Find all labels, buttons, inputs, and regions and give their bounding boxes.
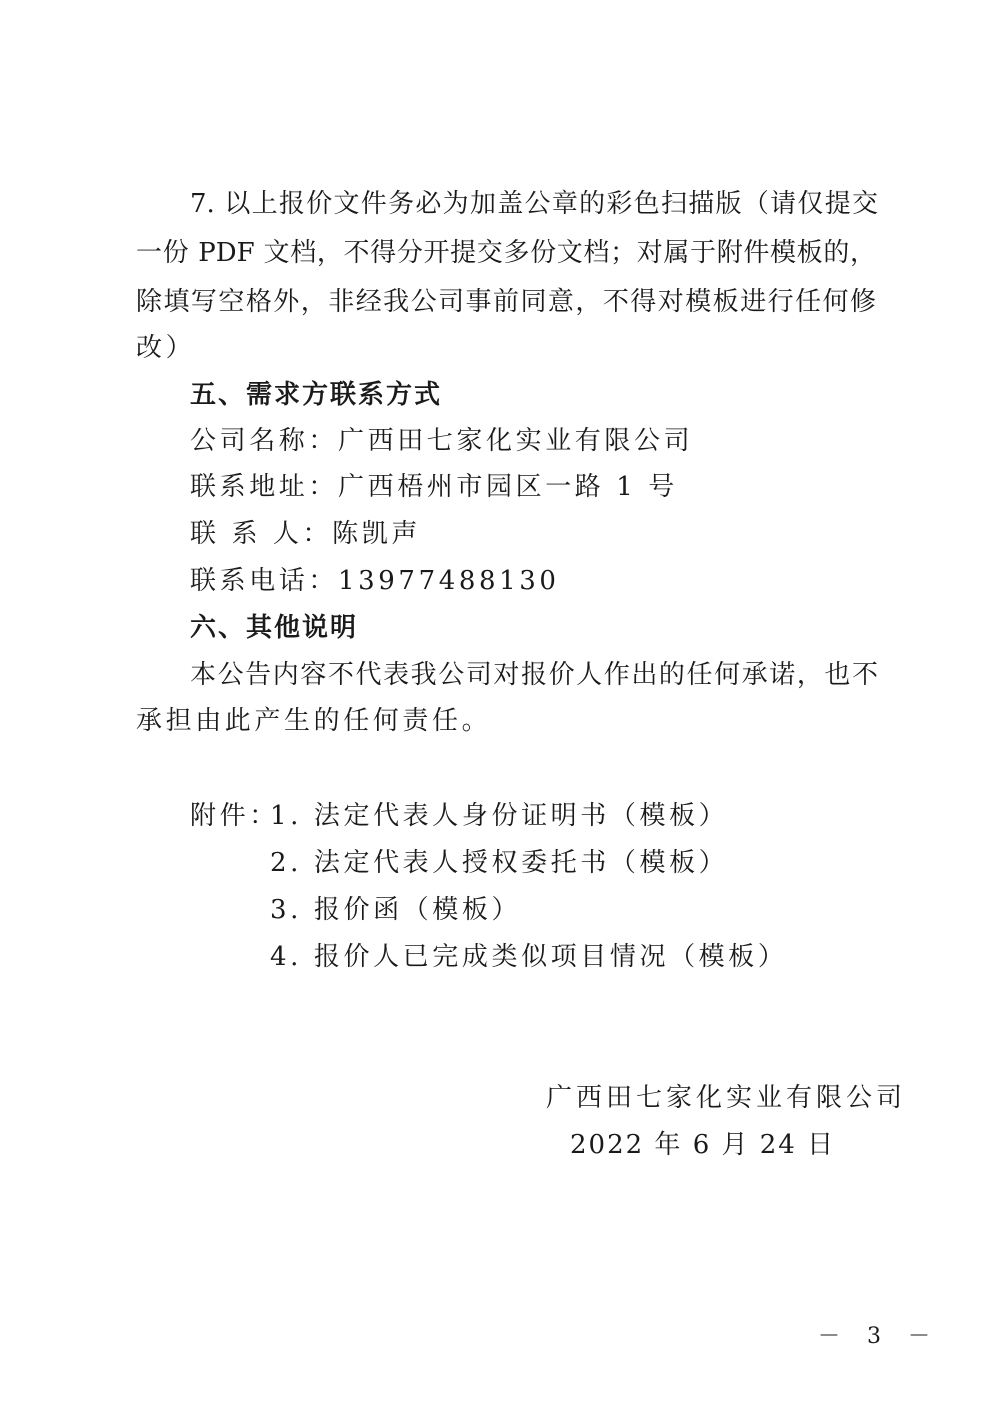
section-5-heading: 五、需求方联系方式	[190, 380, 442, 410]
paragraph-7-line-3: 除填写空格外，非经我公司事前同意，不得对模板进行任何修	[136, 287, 876, 317]
attachment-item-3: 3. 报价函（模板）	[270, 895, 521, 925]
signature-company: 广西田七家化实业有限公司	[546, 1083, 906, 1113]
attachment-item-4: 4. 报价人已完成类似项目情况（模板）	[270, 942, 787, 972]
contact-phone: 联系电话：13977488130	[190, 566, 560, 596]
section-6-heading: 六、其他说明	[190, 613, 358, 643]
contact-address: 联系地址：广西梧州市园区一路 1 号	[190, 472, 678, 502]
section-6-line-1: 本公告内容不代表我公司对报价人作出的任何承诺，也不	[190, 660, 878, 690]
contact-person: 联 系 人：陈凯声	[190, 519, 421, 549]
section-6-line-2: 承担由此产生的任何责任。	[136, 706, 491, 736]
company-name: 公司名称：广西田七家化实业有限公司	[190, 426, 693, 456]
signature-date: 2022 年 6 月 24 日	[570, 1130, 835, 1160]
attachment-item-2: 2. 法定代表人授权委托书（模板）	[270, 848, 728, 878]
attachments-label: 附件：	[190, 801, 279, 831]
attachment-item-1: 1. 法定代表人身份证明书（模板）	[270, 801, 728, 831]
paragraph-7-line-4: 改）	[136, 333, 195, 363]
paragraph-7-line-2: 一份 PDF 文档，不得分开提交多份文档；对属于附件模板的，	[136, 238, 876, 268]
page-number: － 3 －	[818, 1322, 940, 1352]
paragraph-7-line-1: 7. 以上报价文件务必为加盖公章的彩色扫描版（请仅提交	[190, 189, 878, 219]
